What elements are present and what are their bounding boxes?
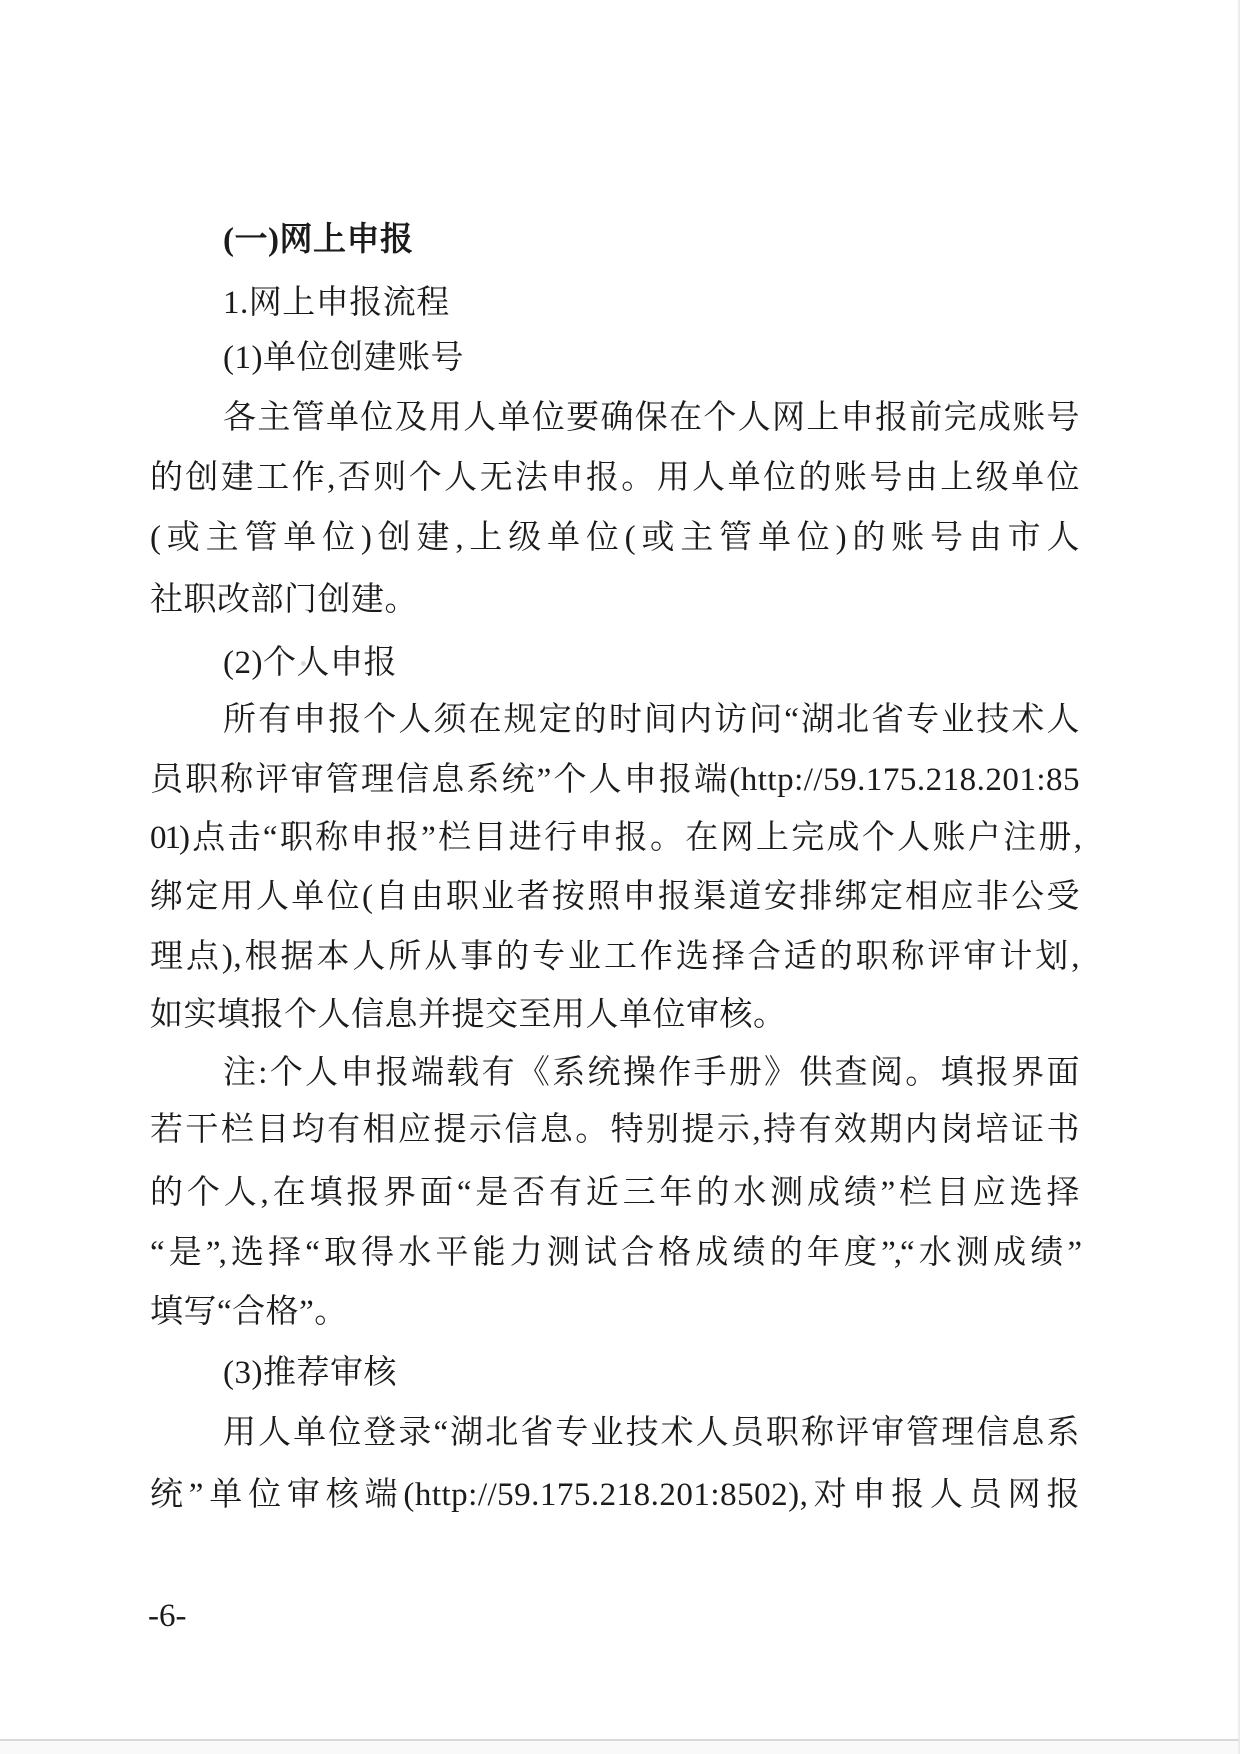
page-number: -6- <box>148 1596 186 1636</box>
text-line: 统”单位审核端(http://59.175.218.201:8502),对申报人… <box>150 1475 1080 1515</box>
text-line: 填写“合格”。 <box>150 1292 1080 1332</box>
text-line: (3)推荐审核 <box>150 1353 1080 1393</box>
text-line: 绑定用人单位(自由职业者按照申报渠道安排绑定相应非公受 <box>150 877 1080 917</box>
text-line: (1)单位创建账号 <box>150 338 1080 378</box>
text-line: 理点),根据本人所从事的专业工作选择合适的职称评审计划, <box>150 937 1080 977</box>
text-line: (2)个人申报 <box>150 643 1080 683</box>
text-line: 员职称评审管理信息系统”个人申报端(http://59.175.218.201:… <box>150 760 1080 800</box>
document-page: (一)网上申报1.网上申报流程(1)单位创建账号各主管单位及用人单位要确保在个人… <box>0 0 1240 1754</box>
text-line: (或主管单位)创建,上级单位(或主管单位)的账号由市人 <box>150 518 1080 558</box>
text-line: 用人单位登录“湖北省专业技术人员职称评审管理信息系 <box>150 1413 1080 1453</box>
text-line: 各主管单位及用人单位要确保在个人网上申报前完成账号 <box>150 398 1080 438</box>
text-line: 的个人,在填报界面“是否有近三年的水测成绩”栏目应选择 <box>150 1173 1080 1213</box>
text-line: 社职改部门创建。 <box>150 580 1080 620</box>
text-line: 若干栏目均有相应提示信息。特别提示,持有效期内岗培证书 <box>150 1110 1080 1150</box>
text-line: 注:个人申报端载有《系统操作手册》供查阅。填报界面 <box>150 1053 1080 1093</box>
text-line: 如实填报个人信息并提交至用人单位审核。 <box>150 995 1080 1035</box>
text-line: “是”,选择“取得水平能力测试合格成绩的年度”,“水测成绩” <box>150 1233 1080 1273</box>
scan-bottom-edge-area <box>0 1741 1240 1754</box>
text-line: 1.网上申报流程 <box>150 283 1080 323</box>
text-line: 所有申报个人须在规定的时间内访问“湖北省专业技术人 <box>150 700 1080 740</box>
text-line: 的创建工作,否则个人无法申报。用人单位的账号由上级单位 <box>150 458 1080 498</box>
scan-artifact-dot <box>301 661 306 666</box>
text-line: (一)网上申报 <box>150 220 1080 260</box>
text-line: 01)点击“职称申报”栏目进行申报。在网上完成个人账户注册, <box>150 818 1080 858</box>
